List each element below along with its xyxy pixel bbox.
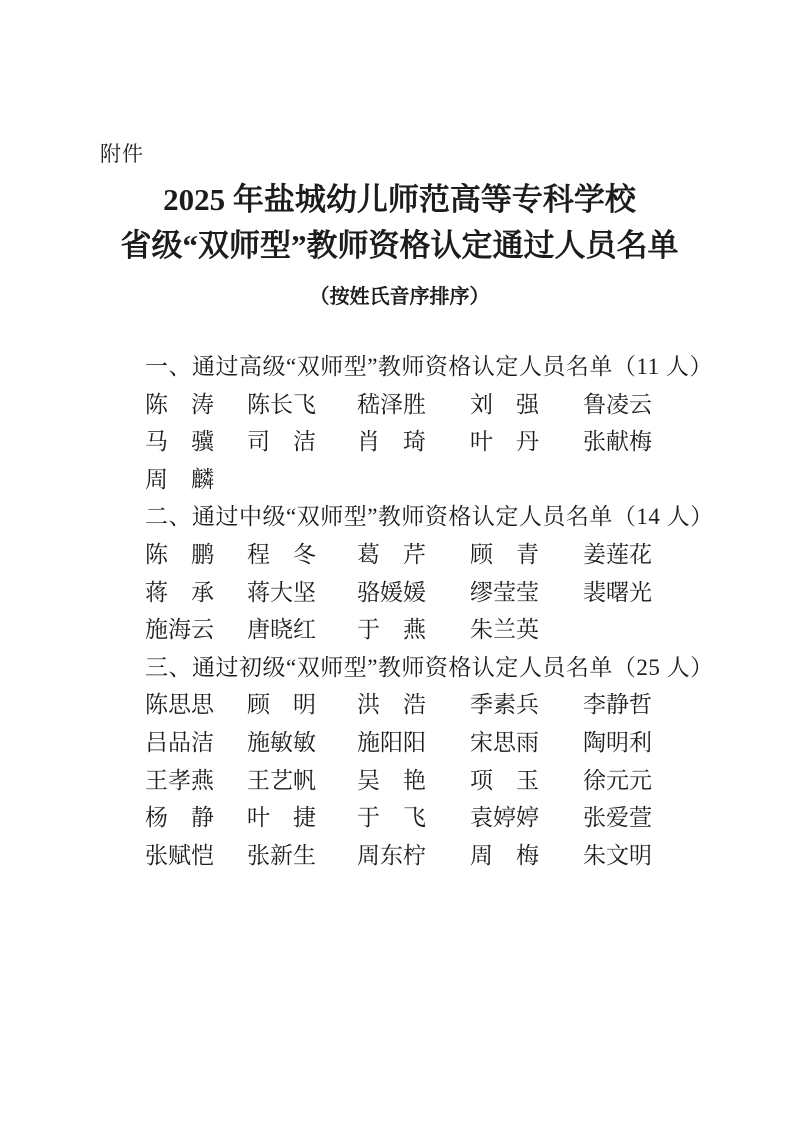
person-name: 裴曙光 — [583, 574, 705, 612]
person-name: 嵇泽胜 — [357, 386, 470, 424]
person-name: 叶 丹 — [470, 423, 583, 461]
person-name: 骆媛媛 — [357, 574, 470, 612]
person-name: 朱兰英 — [470, 611, 583, 649]
person-name: 程 冬 — [247, 536, 357, 574]
name-row: 王孝燕 王艺帆 吴 艳 项 玉 徐元元 — [145, 762, 705, 800]
name-row: 张赋恺 张新生 周东柠 周 梅 朱文明 — [145, 837, 705, 875]
name-row: 陈思思 顾 明 洪 浩 季素兵 李静哲 — [145, 686, 705, 724]
person-name: 杨 静 — [145, 799, 247, 837]
person-name: 张献梅 — [583, 423, 705, 461]
name-row: 马 骥 司 洁 肖 琦 叶 丹 张献梅 — [145, 423, 705, 461]
person-name: 徐元元 — [583, 762, 705, 800]
section-heading-junior: 三、通过初级“双师型”教师资格认定人员名单（25 人） — [145, 649, 705, 687]
document-title-line2: 省级“双师型”教师资格认定通过人员名单 — [0, 220, 799, 265]
person-name: 缪莹莹 — [470, 574, 583, 612]
document-title-line1: 2025 年盐城幼儿师范高等专科学校 — [0, 174, 799, 219]
name-row: 蒋 承 蒋大坚 骆媛媛 缪莹莹 裴曙光 — [145, 574, 705, 612]
person-name: 叶 捷 — [247, 799, 357, 837]
person-name: 张爱萱 — [583, 799, 705, 837]
attachment-label: 附件 — [100, 138, 144, 168]
person-name: 顾 明 — [247, 686, 357, 724]
person-name: 李静哲 — [583, 686, 705, 724]
person-name: 姜莲花 — [583, 536, 705, 574]
person-name: 鲁凌云 — [583, 386, 705, 424]
person-name: 周 麟 — [145, 461, 247, 499]
person-name: 刘 强 — [470, 386, 583, 424]
section-heading-intermediate: 二、通过中级“双师型”教师资格认定人员名单（14 人） — [145, 498, 705, 536]
person-name: 顾 青 — [470, 536, 583, 574]
person-name: 蒋 承 — [145, 574, 247, 612]
person-name: 张赋恺 — [145, 837, 247, 875]
person-name: 肖 琦 — [357, 423, 470, 461]
person-name: 于 飞 — [357, 799, 470, 837]
person-name: 陶明利 — [583, 724, 705, 762]
person-name: 陈 鹏 — [145, 536, 247, 574]
person-name: 项 玉 — [470, 762, 583, 800]
sort-order-note: （按姓氏音序排序） — [0, 280, 799, 309]
person-name: 周东柠 — [357, 837, 470, 875]
section-heading-senior: 一、通过高级“双师型”教师资格认定人员名单（11 人） — [145, 348, 705, 386]
name-row: 周 麟 — [145, 461, 705, 499]
name-row: 吕品洁 施敏敏 施阳阳 宋思雨 陶明利 — [145, 724, 705, 762]
person-name: 马 骥 — [145, 423, 247, 461]
name-row: 陈 涛 陈长飞 嵇泽胜 刘 强 鲁凌云 — [145, 386, 705, 424]
person-name: 施海云 — [145, 611, 247, 649]
person-name: 王艺帆 — [247, 762, 357, 800]
person-name: 宋思雨 — [470, 724, 583, 762]
person-name: 唐晓红 — [247, 611, 357, 649]
person-name: 陈思思 — [145, 686, 247, 724]
person-name: 周 梅 — [470, 837, 583, 875]
person-name: 洪 浩 — [357, 686, 470, 724]
person-name: 吕品洁 — [145, 724, 247, 762]
person-name: 张新生 — [247, 837, 357, 875]
document-page: 附件 2025 年盐城幼儿师范高等专科学校 省级“双师型”教师资格认定通过人员名… — [0, 0, 799, 1131]
person-name: 葛 芹 — [357, 536, 470, 574]
person-name: 于 燕 — [357, 611, 470, 649]
name-row: 杨 静 叶 捷 于 飞 袁婷婷 张爱萱 — [145, 799, 705, 837]
person-name: 朱文明 — [583, 837, 705, 875]
person-name: 王孝燕 — [145, 762, 247, 800]
person-name: 陈长飞 — [247, 386, 357, 424]
person-name: 蒋大坚 — [247, 574, 357, 612]
person-name: 陈 涛 — [145, 386, 247, 424]
person-name: 季素兵 — [470, 686, 583, 724]
person-name: 施敏敏 — [247, 724, 357, 762]
person-name: 袁婷婷 — [470, 799, 583, 837]
name-row: 施海云 唐晓红 于 燕 朱兰英 — [145, 611, 705, 649]
name-list-body: 一、通过高级“双师型”教师资格认定人员名单（11 人） 陈 涛 陈长飞 嵇泽胜 … — [145, 348, 705, 874]
person-name: 司 洁 — [247, 423, 357, 461]
person-name: 吴 艳 — [357, 762, 470, 800]
person-name: 施阳阳 — [357, 724, 470, 762]
name-row: 陈 鹏 程 冬 葛 芹 顾 青 姜莲花 — [145, 536, 705, 574]
